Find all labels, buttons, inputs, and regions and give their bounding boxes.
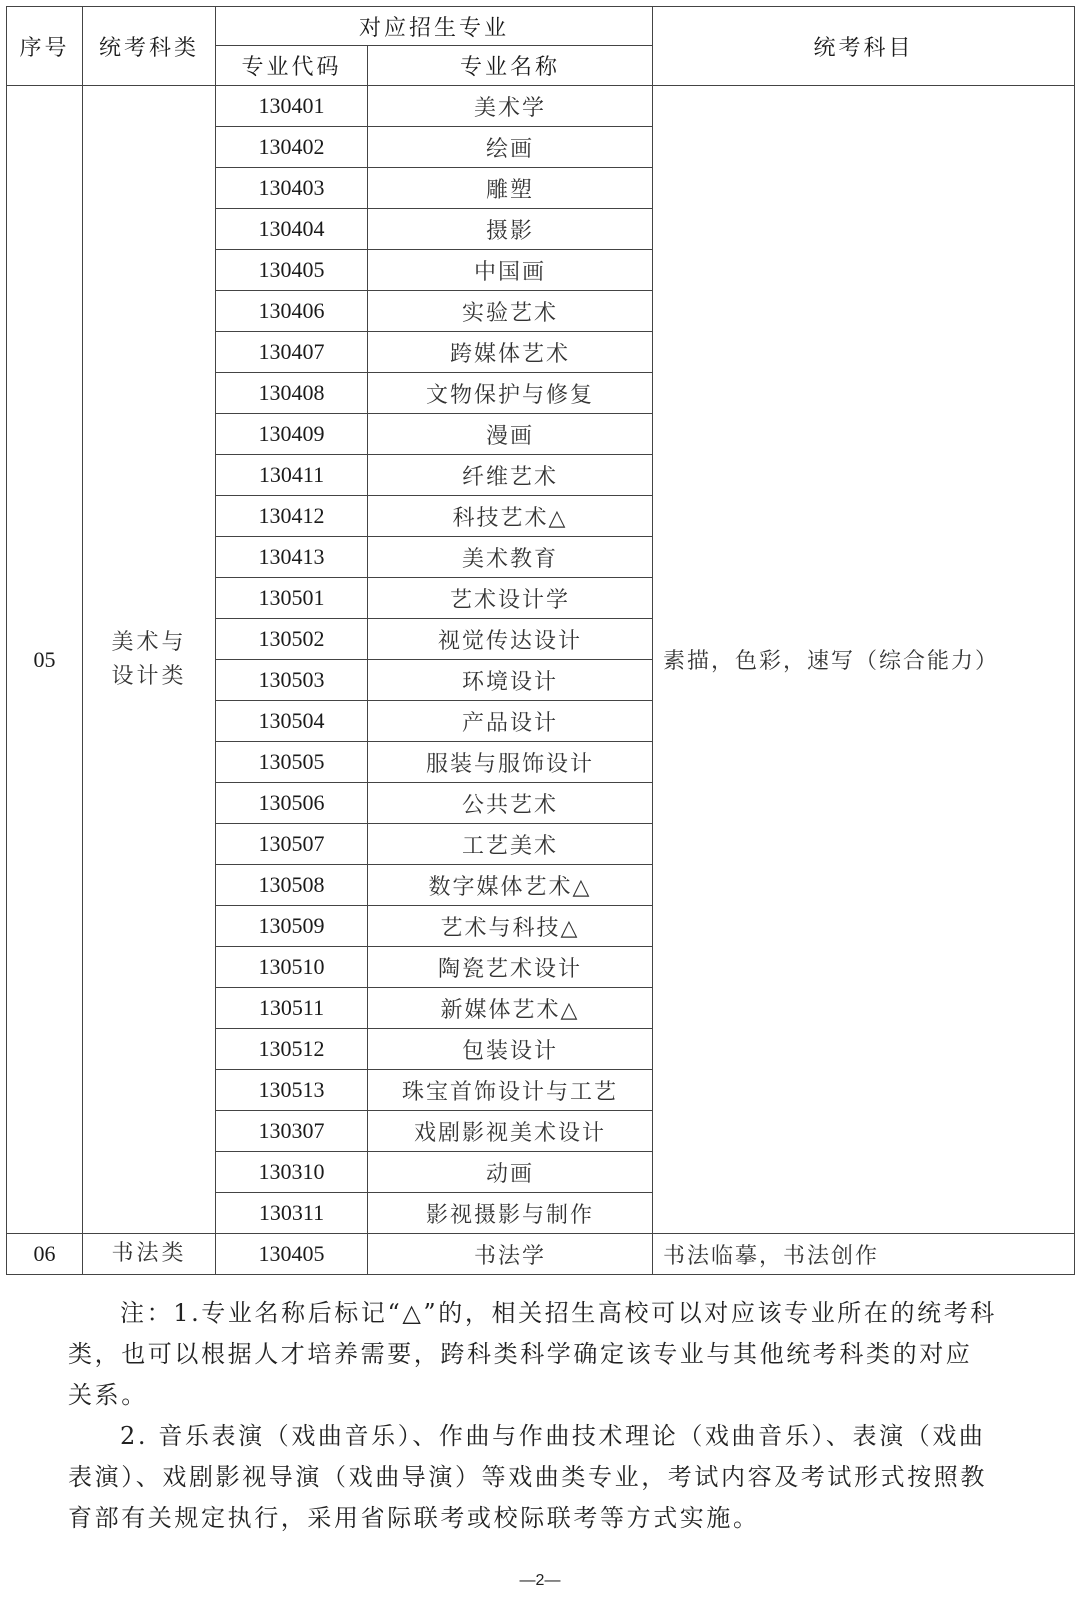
- major-name-cell: 新媒体艺术△: [368, 988, 653, 1029]
- exam-category-table: 序号 统考科类 对应招生专业 统考科目 专业代码 专业名称 05美术与设计类13…: [6, 6, 1075, 1275]
- header-subjects: 统考科目: [653, 7, 1075, 86]
- major-name-cell: 工艺美术: [368, 824, 653, 865]
- note-1: 注：1.专业名称后标记“△”的，相关招生高校可以对应该专业所在的统考科类，也可以…: [68, 1293, 998, 1416]
- major-code-cell: 130408: [216, 373, 368, 414]
- major-code-cell: 130409: [216, 414, 368, 455]
- major-code-cell: 130508: [216, 865, 368, 906]
- seq-cell: 05: [7, 86, 83, 1234]
- header-seq: 序号: [7, 7, 83, 86]
- major-name-cell: 影视摄影与制作: [368, 1193, 653, 1234]
- major-name-cell: 美术教育: [368, 537, 653, 578]
- category-line: 美术与: [83, 626, 215, 660]
- major-name-cell: 视觉传达设计: [368, 619, 653, 660]
- major-name-cell: 陶瓷艺术设计: [368, 947, 653, 988]
- major-name-cell: 中国画: [368, 250, 653, 291]
- major-code-cell: 130412: [216, 496, 368, 537]
- major-code-cell: 130507: [216, 824, 368, 865]
- table-row: 05美术与设计类130401美术学素描，色彩，速写（综合能力）: [7, 86, 1075, 127]
- category-cell: 书法类: [83, 1234, 216, 1275]
- major-code-cell: 130506: [216, 783, 368, 824]
- major-name-cell: 动画: [368, 1152, 653, 1193]
- major-name-cell: 艺术设计学: [368, 578, 653, 619]
- major-code-cell: 130413: [216, 537, 368, 578]
- major-name-cell: 珠宝首饰设计与工艺: [368, 1070, 653, 1111]
- major-name-cell: 艺术与科技△: [368, 906, 653, 947]
- major-code-cell: 130503: [216, 660, 368, 701]
- major-name-cell: 摄影: [368, 209, 653, 250]
- major-name-cell: 雕塑: [368, 168, 653, 209]
- major-code-cell: 130513: [216, 1070, 368, 1111]
- major-code-cell: 130512: [216, 1029, 368, 1070]
- major-code-cell: 130504: [216, 701, 368, 742]
- major-name-cell: 实验艺术: [368, 291, 653, 332]
- major-code-cell: 130403: [216, 168, 368, 209]
- major-code-cell: 130505: [216, 742, 368, 783]
- major-code-cell: 130405: [216, 1234, 368, 1275]
- subjects-cell: 素描，色彩，速写（综合能力）: [653, 86, 1075, 1234]
- major-name-cell: 漫画: [368, 414, 653, 455]
- header-category: 统考科类: [83, 7, 216, 86]
- major-name-cell: 环境设计: [368, 660, 653, 701]
- header-major-name: 专业名称: [368, 46, 653, 86]
- major-code-cell: 130510: [216, 947, 368, 988]
- major-code-cell: 130501: [216, 578, 368, 619]
- table-body: 05美术与设计类130401美术学素描，色彩，速写（综合能力）130402绘画1…: [7, 86, 1075, 1275]
- major-name-cell: 数字媒体艺术△: [368, 865, 653, 906]
- seq-cell: 06: [7, 1234, 83, 1275]
- major-name-cell: 绘画: [368, 127, 653, 168]
- notes-section: 注：1.专业名称后标记“△”的，相关招生高校可以对应该专业所在的统考科类，也可以…: [68, 1293, 998, 1539]
- major-name-cell: 戏剧影视美术设计: [368, 1111, 653, 1152]
- major-code-cell: 130404: [216, 209, 368, 250]
- major-name-cell: 公共艺术: [368, 783, 653, 824]
- major-name-cell: 产品设计: [368, 701, 653, 742]
- major-name-cell: 书法学: [368, 1234, 653, 1275]
- major-code-cell: 130310: [216, 1152, 368, 1193]
- major-code-cell: 130406: [216, 291, 368, 332]
- header-majors-group: 对应招生专业: [216, 7, 653, 46]
- major-code-cell: 130311: [216, 1193, 368, 1234]
- major-name-cell: 跨媒体艺术: [368, 332, 653, 373]
- major-name-cell: 包装设计: [368, 1029, 653, 1070]
- major-code-cell: 130502: [216, 619, 368, 660]
- major-name-cell: 纤维艺术: [368, 455, 653, 496]
- major-code-cell: 130405: [216, 250, 368, 291]
- category-line: 设计类: [83, 660, 215, 694]
- major-code-cell: 130509: [216, 906, 368, 947]
- major-code-cell: 130407: [216, 332, 368, 373]
- major-code-cell: 130511: [216, 988, 368, 1029]
- major-name-cell: 科技艺术△: [368, 496, 653, 537]
- major-code-cell: 130402: [216, 127, 368, 168]
- subjects-cell: 书法临摹，书法创作: [653, 1234, 1075, 1275]
- major-name-cell: 服装与服饰设计: [368, 742, 653, 783]
- major-name-cell: 美术学: [368, 86, 653, 127]
- category-cell: 美术与设计类: [83, 86, 216, 1234]
- major-code-cell: 130411: [216, 455, 368, 496]
- header-major-code: 专业代码: [216, 46, 368, 86]
- note-2: 2. 音乐表演（戏曲音乐）、作曲与作曲技术理论（戏曲音乐）、表演（戏曲表演）、戏…: [68, 1416, 998, 1539]
- major-code-cell: 130401: [216, 86, 368, 127]
- page-number: —2—: [0, 1572, 1080, 1590]
- major-code-cell: 130307: [216, 1111, 368, 1152]
- table-row: 06书法类130405书法学书法临摹，书法创作: [7, 1234, 1075, 1275]
- major-name-cell: 文物保护与修复: [368, 373, 653, 414]
